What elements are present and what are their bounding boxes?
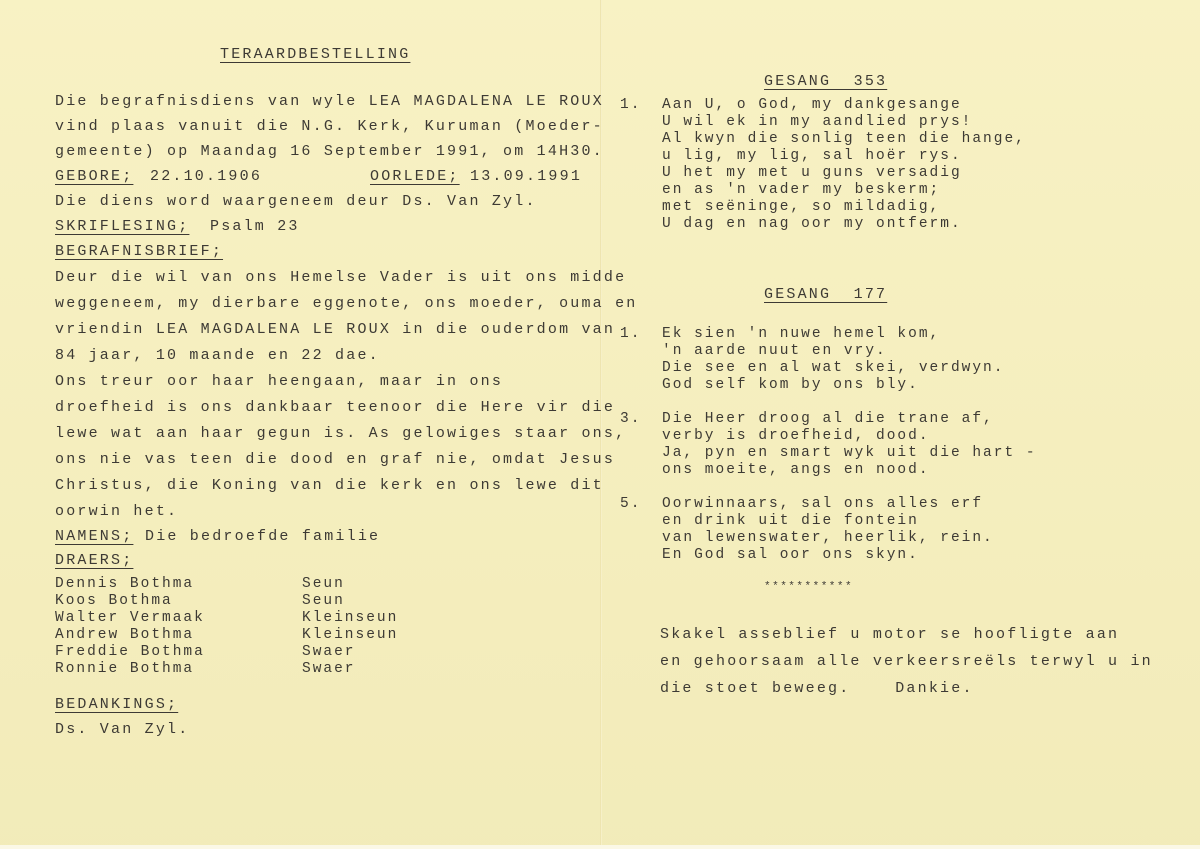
letter-label: BEGRAFNISBRIEF; <box>55 243 223 261</box>
verse-line: ons moeite, angs en nood. <box>662 462 930 478</box>
hymn-title: GESANG 353 <box>764 73 887 91</box>
letter-line: vriendin LEA MAGDALENA LE ROUX in die ou… <box>55 321 615 339</box>
on-behalf-value: Die bedroefde familie <box>145 528 380 546</box>
notice-line: Skakel asseblief u motor se hoofligte aa… <box>660 626 1119 644</box>
bearer-name: Andrew Bothma <box>55 627 194 643</box>
verse-line: 'n aarde nuut en vry. <box>662 343 887 359</box>
bearer-name: Koos Bothma <box>55 593 173 609</box>
separator: *********** <box>764 581 853 593</box>
died-label: OORLEDE; <box>370 168 460 186</box>
intro-line: Die begrafnisdiens van wyle LEA MAGDALEN… <box>55 93 604 111</box>
verse-line: Die Heer droog al die trane af, <box>662 411 994 427</box>
paper-edge <box>0 845 1200 849</box>
died-date: 13.09.1991 <box>470 168 582 186</box>
hymn-title: GESANG 177 <box>764 286 887 304</box>
bearer-relation: Kleinseun <box>302 627 398 643</box>
letter-line: 84 jaar, 10 maande en 22 dae. <box>55 347 380 365</box>
bearer-name: Ronnie Bothma <box>55 661 194 677</box>
verse-line: u lig, my lig, sal hoër rys. <box>662 148 962 164</box>
verse-line: verby is droefheid, dood. <box>662 428 930 444</box>
verse-line: Ek sien 'n nuwe hemel kom, <box>662 326 940 342</box>
scripture-label: SKRIFLESING; <box>55 218 189 236</box>
verse-line: met seëninge, so mildadig, <box>662 199 940 215</box>
scripture-value: Psalm 23 <box>210 218 300 236</box>
officiant-line: Die diens word waargeneem deur Ds. Van Z… <box>55 193 537 211</box>
verse-number: 5. <box>620 496 641 512</box>
verse-line: Ja, pyn en smart wyk uit die hart - <box>662 445 1037 461</box>
letter-line: lewe wat aan haar gegun is. As gelowiges… <box>55 425 626 443</box>
letter-line: weggeneem, my dierbare eggenote, ons moe… <box>55 295 637 313</box>
thanks-value: Ds. Van Zyl. <box>55 721 189 739</box>
verse-line: en drink uit die fontein <box>662 513 919 529</box>
page-title: TERAARDBESTELLING <box>220 46 410 64</box>
verse-line: en as 'n vader my beskerm; <box>662 182 940 198</box>
bearer-name: Walter Vermaak <box>55 610 205 626</box>
bearer-relation: Seun <box>302 576 345 592</box>
letter-line: droefheid is ons dankbaar teenoor die He… <box>55 399 615 417</box>
bearer-relation: Kleinseun <box>302 610 398 626</box>
verse-number: 1. <box>620 97 641 113</box>
bearer-relation: Swaer <box>302 661 356 677</box>
verse-number: 3. <box>620 411 641 427</box>
intro-line: gemeente) op Maandag 16 September 1991, … <box>55 143 604 161</box>
intro-line: vind plaas vanuit die N.G. Kerk, Kuruman… <box>55 118 604 136</box>
verse-line: Die see en al wat skei, verdwyn. <box>662 360 1004 376</box>
verse-line: Al kwyn die sonlig teen die hange, <box>662 131 1026 147</box>
verse-line: Oorwinnaars, sal ons alles erf <box>662 496 983 512</box>
bearers-label: DRAERS; <box>55 552 133 570</box>
notice-line: die stoet beweeg. Dankie. <box>660 680 974 698</box>
letter-line: Ons treur oor haar heengaan, maar in ons <box>55 373 503 391</box>
letter-line: Deur die wil van ons Hemelse Vader is ui… <box>55 269 626 287</box>
notice-line: en gehoorsaam alle verkeersreëls terwyl … <box>660 653 1153 671</box>
on-behalf-label: NAMENS; <box>55 528 133 546</box>
verse-line: U het my met u guns versadig <box>662 165 962 181</box>
verse-line: En God sal oor ons skyn. <box>662 547 919 563</box>
verse-line: God self kom by ons bly. <box>662 377 919 393</box>
verse-line: U wil ek in my aandlied prys! <box>662 114 972 130</box>
bearer-relation: Seun <box>302 593 345 609</box>
letter-line: ons nie vas teen die dood en graf nie, o… <box>55 451 615 469</box>
born-date: 22.10.1906 <box>150 168 262 186</box>
verse-number: 1. <box>620 326 641 342</box>
verse-line: U dag en nag oor my ontferm. <box>662 216 962 232</box>
thanks-label: BEDANKINGS; <box>55 696 178 714</box>
letter-line: oorwin het. <box>55 503 178 521</box>
bearer-relation: Swaer <box>302 644 356 660</box>
bearer-name: Freddie Bothma <box>55 644 205 660</box>
born-label: GEBORE; <box>55 168 133 186</box>
funeral-program-sheet: TERAARDBESTELLING Die begrafnisdiens van… <box>0 0 1200 849</box>
letter-line: Christus, die Koning van die kerk en ons… <box>55 477 604 495</box>
verse-line: Aan U, o God, my dankgesange <box>662 97 962 113</box>
bearer-name: Dennis Bothma <box>55 576 194 592</box>
verse-line: van lewenswater, heerlik, rein. <box>662 530 994 546</box>
